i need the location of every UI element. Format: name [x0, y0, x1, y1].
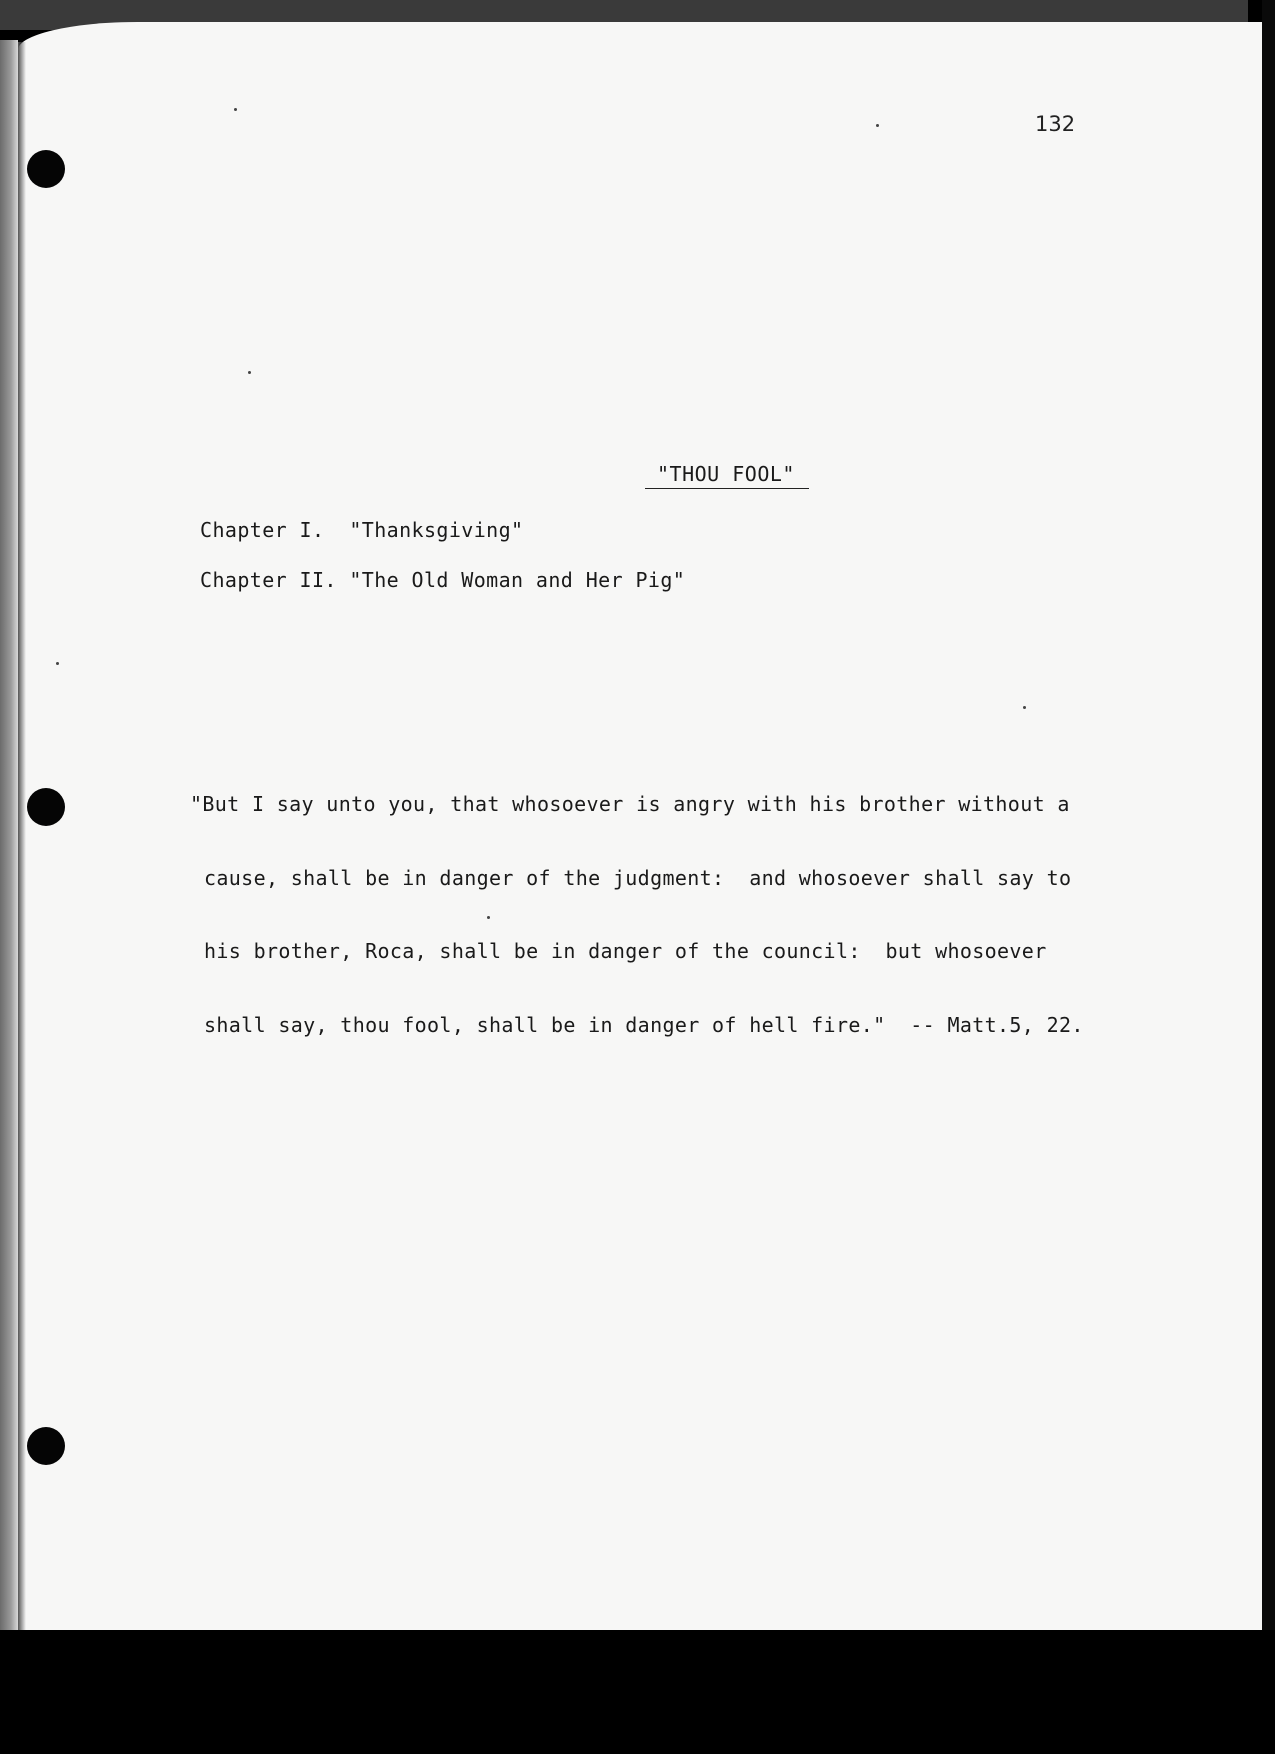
scan-speck — [1023, 706, 1026, 709]
scan-speck — [234, 108, 237, 111]
punch-hole-top — [27, 150, 65, 188]
epigraph-line: cause, shall be in danger of the judgmen… — [190, 866, 1084, 891]
chapter-label: Chapter I. — [200, 518, 324, 542]
scan-speck — [248, 371, 251, 374]
scan-binding-edge — [0, 40, 18, 1630]
scan-speck — [876, 124, 879, 127]
scan-background-right — [1262, 0, 1275, 1754]
chapter-entry-2: Chapter II. "The Old Woman and Her Pig" — [200, 568, 685, 592]
epigraph-line: his brother, Roca, shall be in danger of… — [190, 939, 1084, 964]
chapter-entry-1: Chapter I. "Thanksgiving" — [200, 518, 524, 542]
page-edge-shadow — [18, 42, 26, 1630]
epigraph-line: "But I say unto you, that whosoever is a… — [190, 792, 1084, 817]
chapter-name: "The Old Woman and Her Pig" — [349, 568, 685, 592]
punch-hole-middle — [27, 788, 65, 826]
chapter-label: Chapter II. — [200, 568, 337, 592]
scan-background-bottom — [0, 1630, 1275, 1754]
epigraph-line: shall say, thou fool, shall be in danger… — [190, 1013, 1084, 1038]
scan-speck — [56, 662, 59, 665]
page-number: 132 — [1035, 112, 1075, 136]
epigraph-quote: "But I say unto you, that whosoever is a… — [190, 743, 1084, 1062]
chapter-name: "Thanksgiving" — [349, 518, 523, 542]
punch-hole-bottom — [27, 1427, 65, 1465]
page-title: "THOU FOOL" — [645, 462, 809, 489]
